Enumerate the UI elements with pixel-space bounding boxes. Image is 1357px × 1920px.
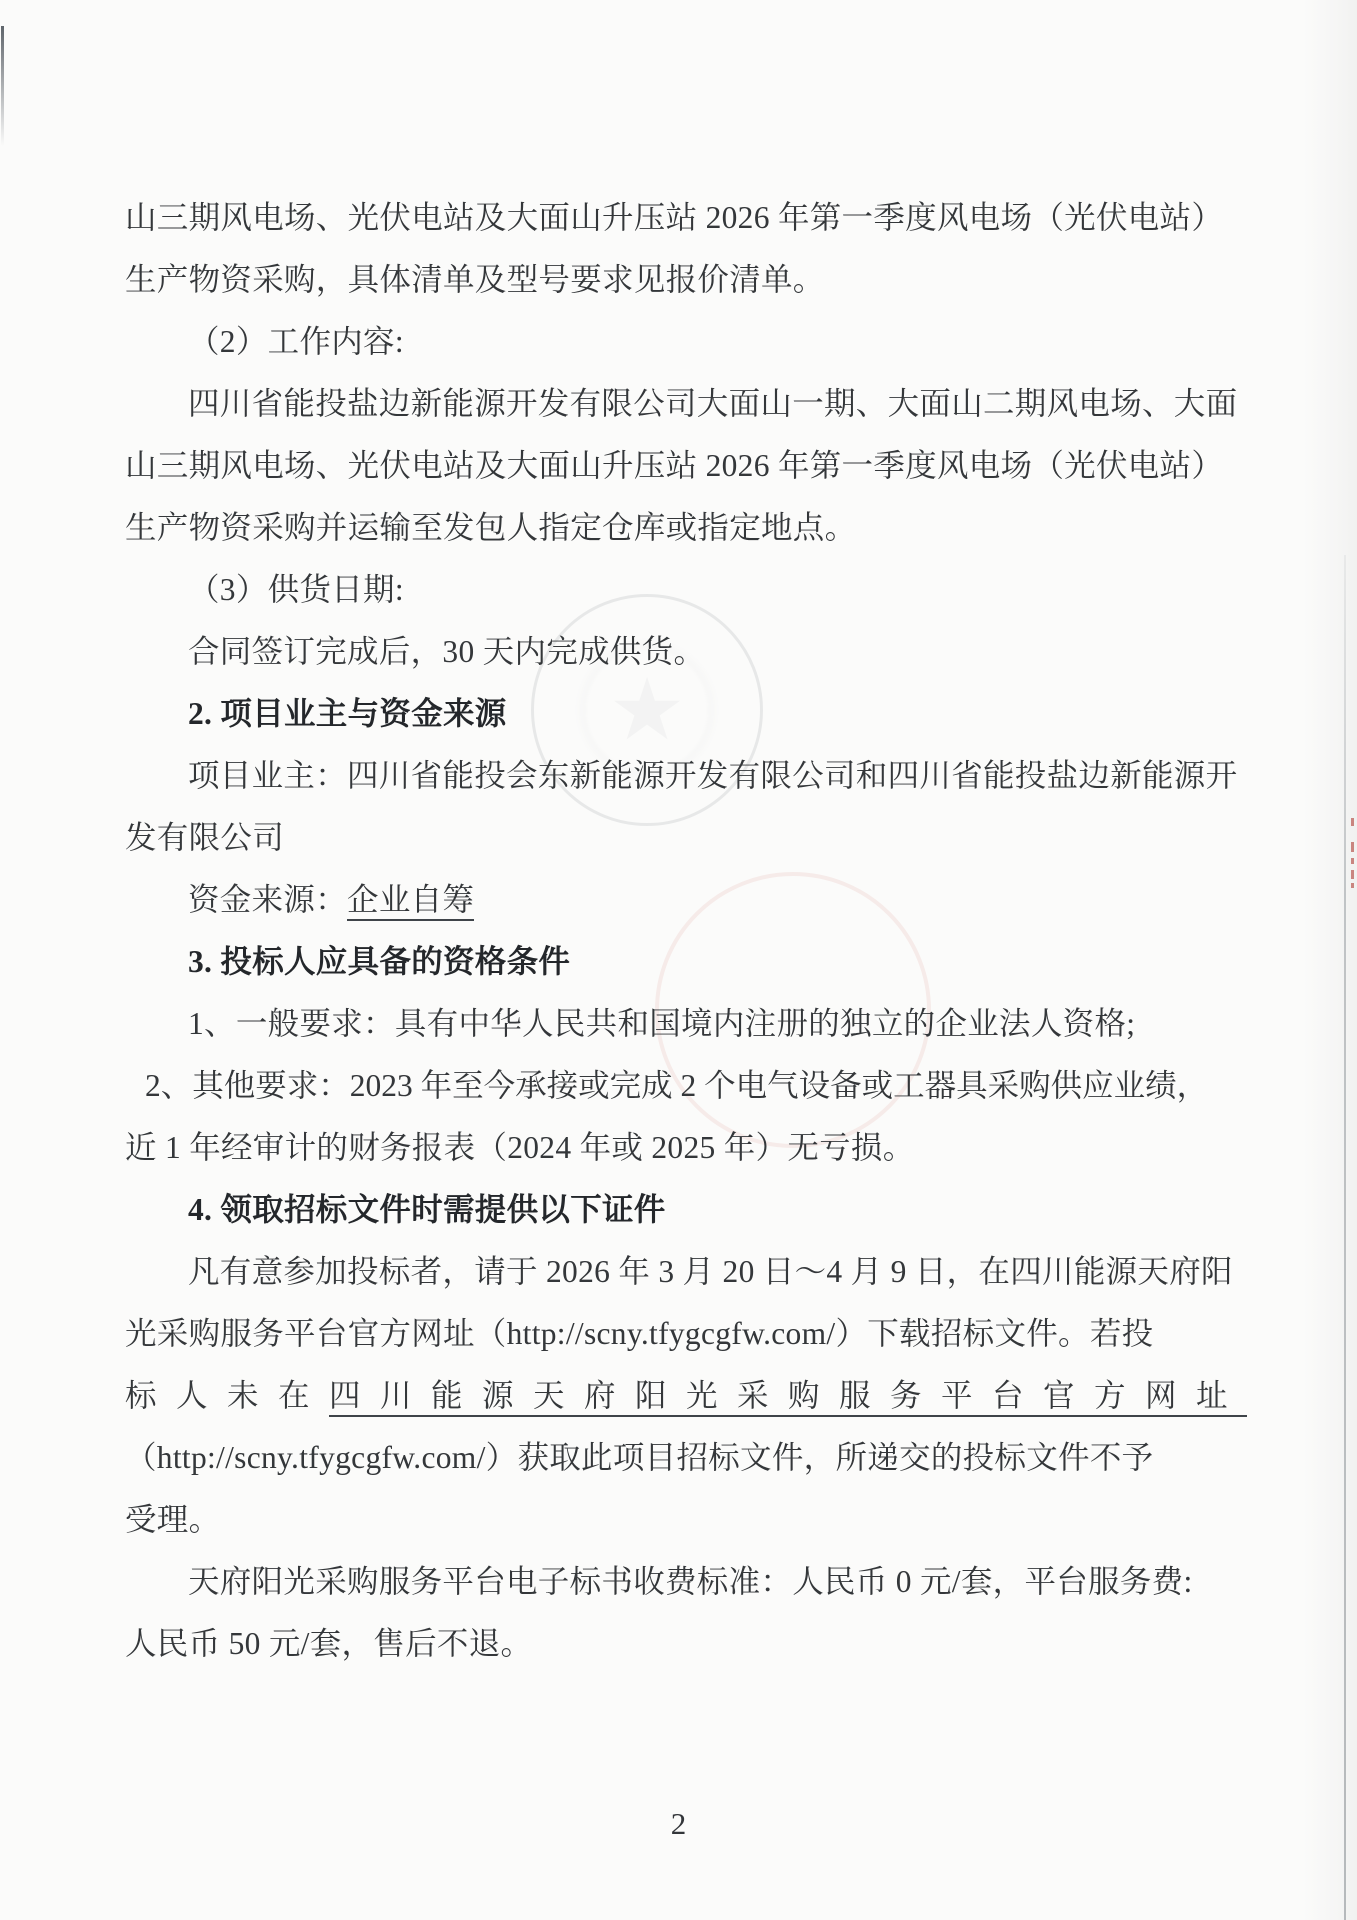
text-run: 标人未在 xyxy=(125,1378,329,1413)
text-run: 2、其他要求：2023 年至今承接或完成 2 个电气设备或工器具采购供应业绩， xyxy=(145,1068,1208,1103)
text-run: 四川省能投盐边新能源开发有限公司大面山一期、大面山二期风电场、大面 xyxy=(188,386,1237,421)
text-run: 人民币 50 元/套，售后不退。 xyxy=(125,1626,532,1661)
text-run: （2）工作内容: xyxy=(188,324,404,359)
document-body: 山三期风电场、光伏电站及大面山升压站 2026 年第一季度风电场（光伏电站）生产… xyxy=(125,187,1257,1675)
text-line: 4. 领取招标文件时需提供以下证件 xyxy=(125,1179,1257,1241)
scan-edge-line-right xyxy=(1344,555,1346,1920)
text-line: 天府阳光采购服务平台电子标书收费标准：人民币 0 元/套，平台服务费: xyxy=(125,1551,1257,1613)
text-line: 2. 项目业主与资金来源 xyxy=(125,683,1257,745)
text-line: 光采购服务平台官方网址（http://scny.tfygcgfw.com/）下载… xyxy=(125,1303,1257,1365)
text-line: 生产物资采购，具体清单及型号要求见报价清单。 xyxy=(125,249,1257,311)
text-line: 合同签订完成后，30 天内完成供货。 xyxy=(125,621,1257,683)
underlined-text-run: 四川能源天府阳光采购服务平台官方网址 xyxy=(329,1378,1247,1417)
text-run: 光采购服务平台官方网址（http://scny.tfygcgfw.com/）下载… xyxy=(125,1316,1153,1351)
text-run: （http://scny.tfygcgfw.com/）获取此项目招标文件，所递交… xyxy=(125,1440,1153,1475)
text-run: 4. 领取招标文件时需提供以下证件 xyxy=(188,1192,666,1227)
text-run: 发有限公司 xyxy=(125,820,284,855)
text-line: （3）供货日期: xyxy=(125,559,1257,621)
text-line: 生产物资采购并运输至发包人指定仓库或指定地点。 xyxy=(125,497,1257,559)
text-line: 项目业主：四川省能投会东新能源开发有限公司和四川省能投盐边新能源开 xyxy=(125,745,1257,807)
text-line: 山三期风电场、光伏电站及大面山升压站 2026 年第一季度风电场（光伏电站） xyxy=(125,435,1257,497)
text-line: （http://scny.tfygcgfw.com/）获取此项目招标文件，所递交… xyxy=(125,1427,1257,1489)
text-line: 受理。 xyxy=(125,1489,1257,1551)
scan-red-mark xyxy=(1351,883,1354,888)
text-run: 生产物资采购，具体清单及型号要求见报价清单。 xyxy=(125,262,825,297)
text-run: 项目业主：四川省能投会东新能源开发有限公司和四川省能投盐边新能源开 xyxy=(188,758,1237,793)
text-line: 1、一般要求：具有中华人民共和国境内注册的独立的企业法人资格; xyxy=(125,993,1257,1055)
text-line: 近 1 年经审计的财务报表（2024 年或 2025 年）无亏损。 xyxy=(125,1117,1257,1179)
text-run: 3. 投标人应具备的资格条件 xyxy=(188,944,570,979)
text-run: 山三期风电场、光伏电站及大面山升压站 2026 年第一季度风电场（光伏电站） xyxy=(125,448,1223,483)
underlined-text-run: 企业自筹 xyxy=(347,882,474,921)
text-line: 山三期风电场、光伏电站及大面山升压站 2026 年第一季度风电场（光伏电站） xyxy=(125,187,1257,249)
text-line: 人民币 50 元/套，售后不退。 xyxy=(125,1613,1257,1675)
text-line: （2）工作内容: xyxy=(125,311,1257,373)
scan-red-mark xyxy=(1351,858,1354,864)
text-run: 凡有意参加投标者，请于 2026 年 3 月 20 日～4 月 9 日，在四川能… xyxy=(188,1254,1233,1289)
scan-red-mark xyxy=(1351,818,1354,826)
text-run: 生产物资采购并运输至发包人指定仓库或指定地点。 xyxy=(125,510,856,545)
text-run: 天府阳光采购服务平台电子标书收费标准：人民币 0 元/套，平台服务费: xyxy=(188,1564,1193,1599)
text-run: 2. 项目业主与资金来源 xyxy=(188,696,507,731)
text-run: 近 1 年经审计的财务报表（2024 年或 2025 年）无亏损。 xyxy=(125,1130,915,1165)
scan-red-mark xyxy=(1351,870,1354,879)
text-run: 受理。 xyxy=(125,1502,220,1537)
text-run: （3）供货日期: xyxy=(188,572,404,607)
text-run: 合同签订完成后，30 天内完成供货。 xyxy=(188,634,705,669)
text-line: 发有限公司 xyxy=(125,807,1257,869)
scan-edge-line-left xyxy=(1,26,4,146)
text-line: 凡有意参加投标者，请于 2026 年 3 月 20 日～4 月 9 日，在四川能… xyxy=(125,1241,1257,1303)
text-line: 标人未在四川能源天府阳光采购服务平台官方网址 xyxy=(125,1365,1257,1427)
text-line: 2、其他要求：2023 年至今承接或完成 2 个电气设备或工器具采购供应业绩， xyxy=(125,1055,1257,1117)
text-run: 1、一般要求：具有中华人民共和国境内注册的独立的企业法人资格; xyxy=(188,1006,1135,1041)
text-run: 资金来源： xyxy=(188,882,347,917)
text-line: 四川省能投盐边新能源开发有限公司大面山一期、大面山二期风电场、大面 xyxy=(125,373,1257,435)
text-line: 3. 投标人应具备的资格条件 xyxy=(125,931,1257,993)
text-line: 资金来源：企业自筹 xyxy=(125,869,1257,931)
scan-red-mark xyxy=(1351,842,1354,852)
text-run: 山三期风电场、光伏电站及大面山升压站 2026 年第一季度风电场（光伏电站） xyxy=(125,200,1223,235)
page-number: 2 xyxy=(0,1806,1357,1842)
